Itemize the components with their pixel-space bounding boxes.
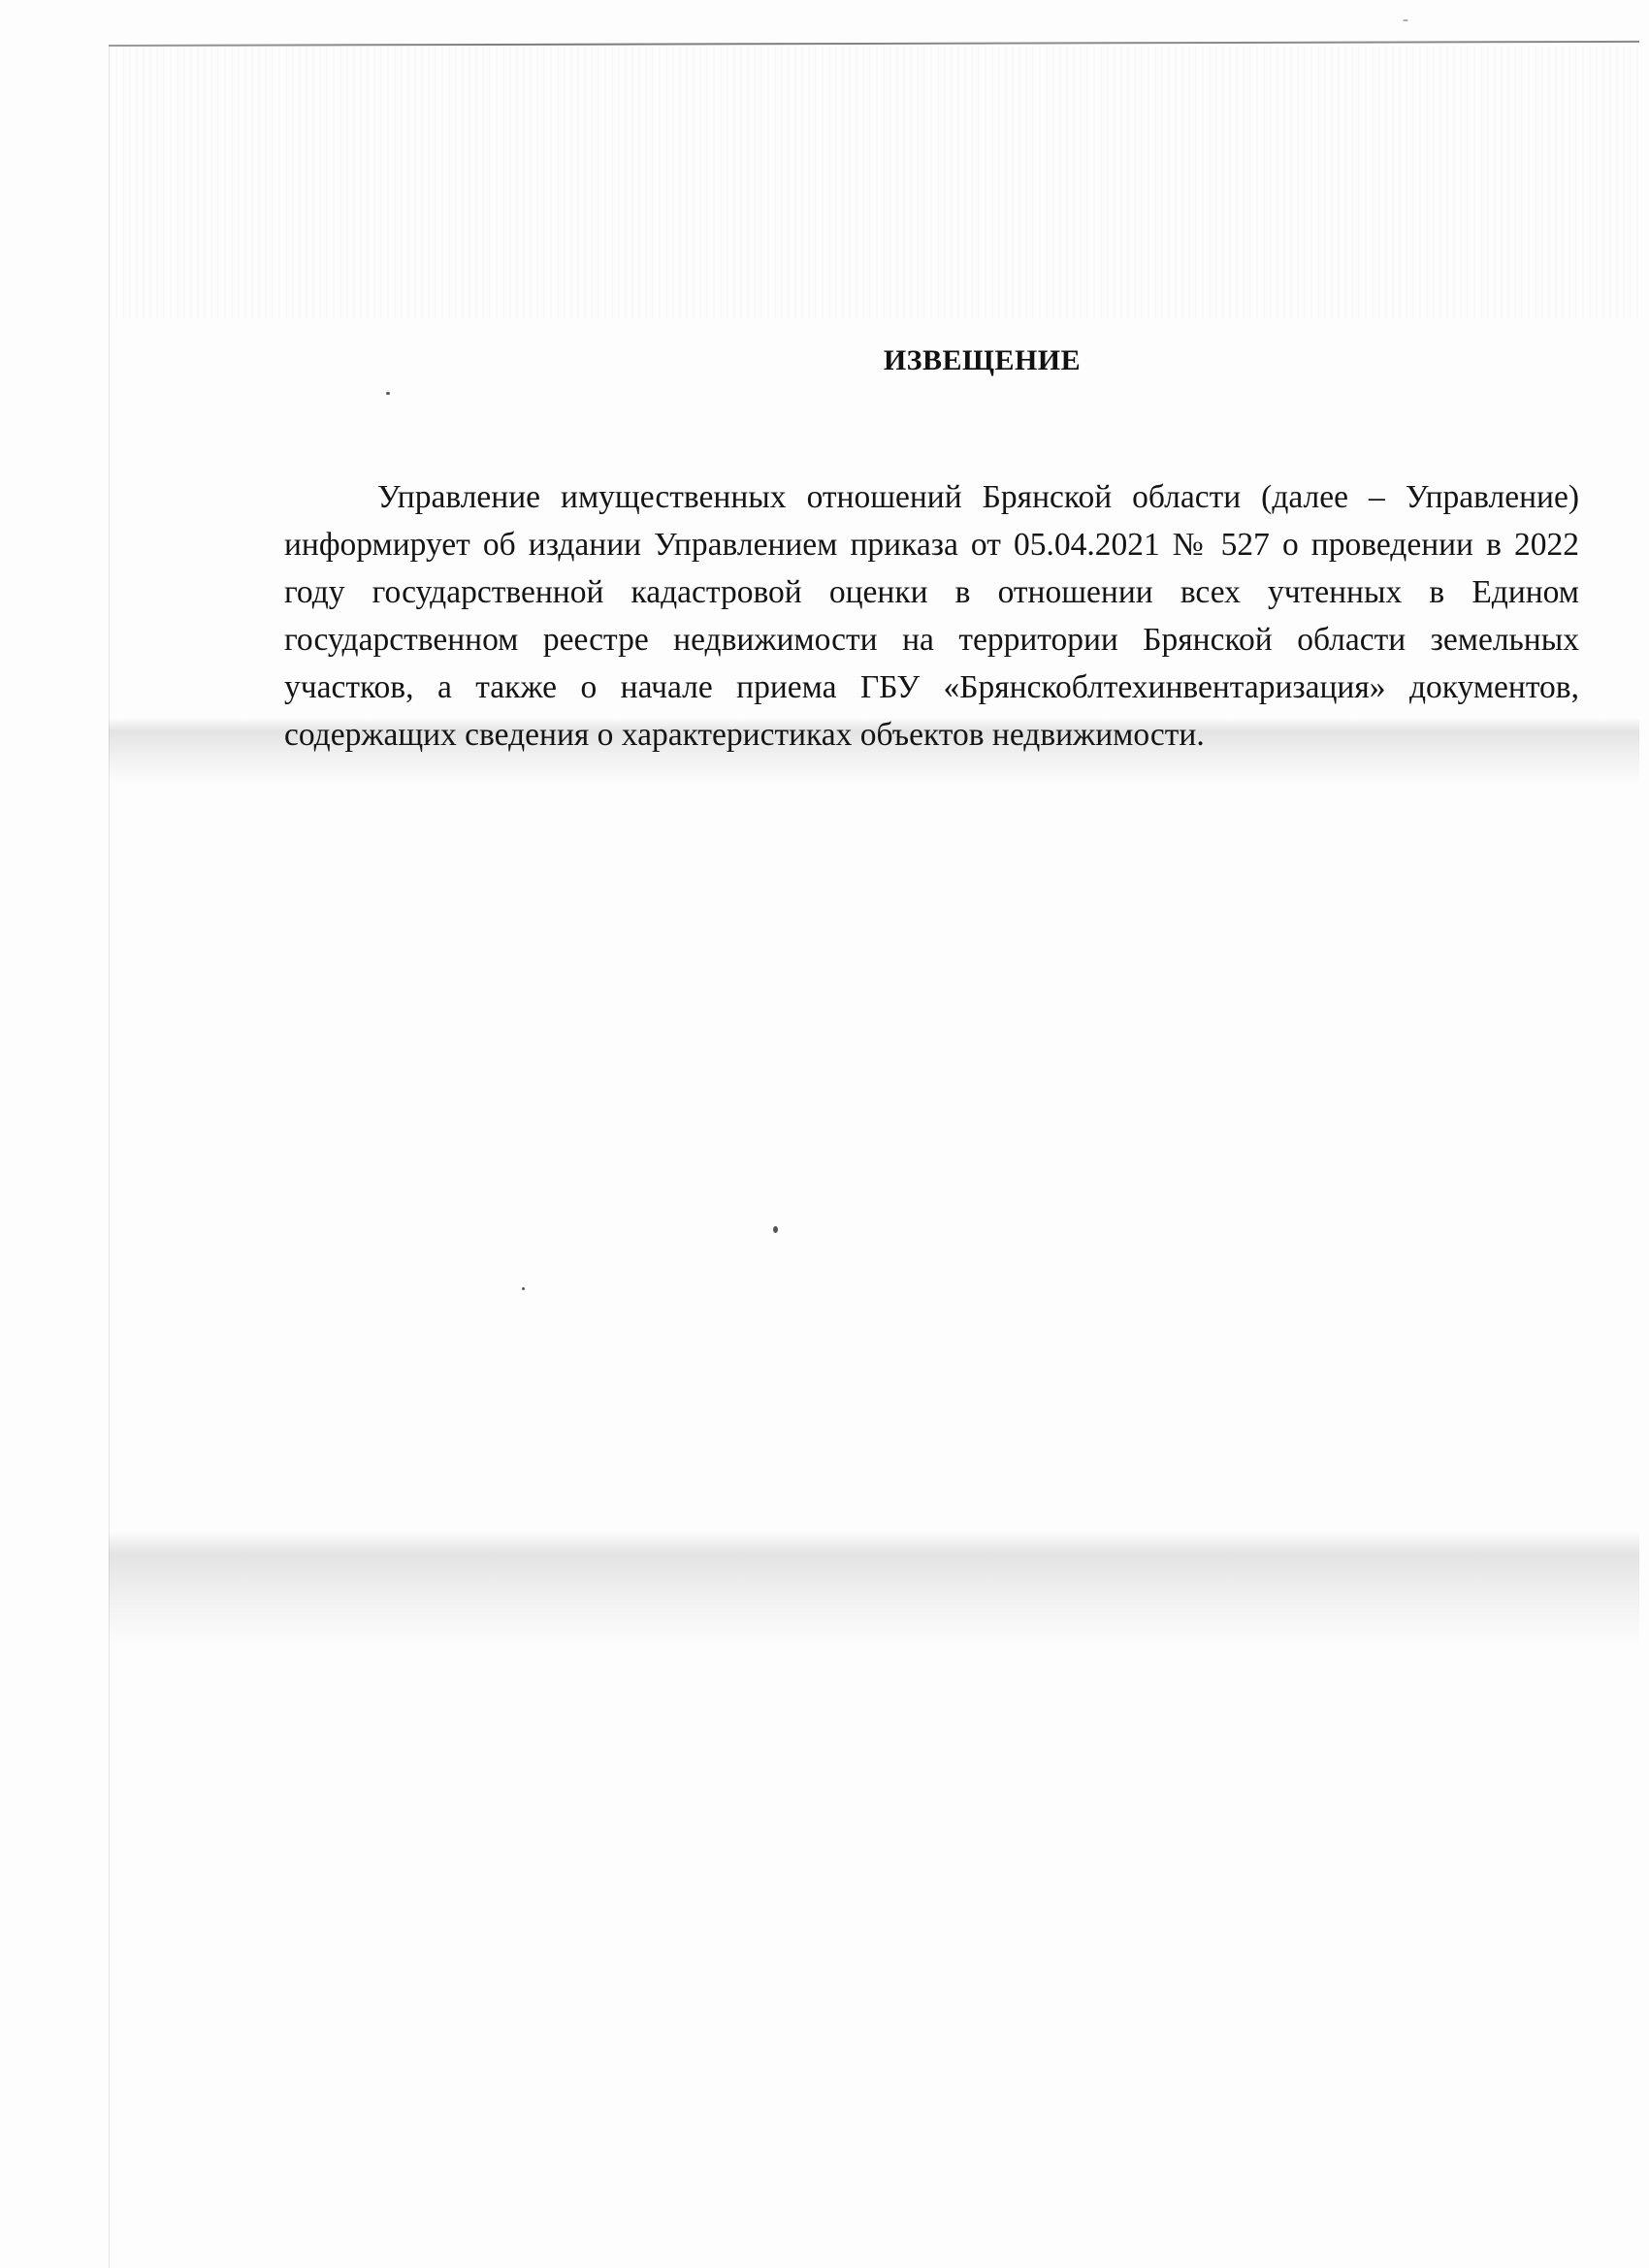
scan-speck xyxy=(1403,19,1408,21)
scan-speck xyxy=(386,392,390,395)
fold-shadow xyxy=(109,1531,1639,1647)
page-left-edge xyxy=(109,47,110,2268)
scan-speck xyxy=(522,1287,525,1290)
scan-noise-band xyxy=(109,47,1639,318)
document-title: ИЗВЕЩЕНИЕ xyxy=(0,344,1649,377)
scanned-page: ИЗВЕЩЕНИЕ Управление имущественных отнош… xyxy=(0,0,1649,2268)
scan-speck xyxy=(773,1226,778,1233)
document-body-paragraph: Управление имущественных отношений Брянс… xyxy=(284,473,1579,759)
